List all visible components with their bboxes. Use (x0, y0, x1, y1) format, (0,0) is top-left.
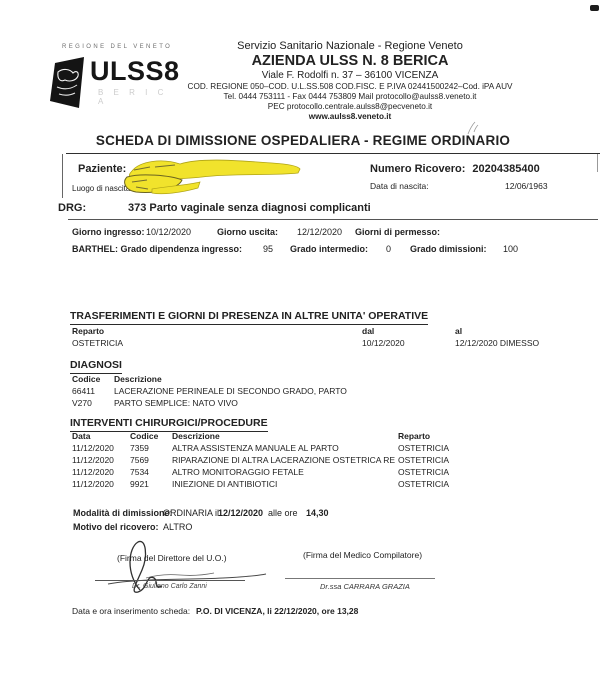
ingresso-label: Giorno ingresso: (72, 227, 145, 238)
header-org-name: AZIENDA ULSS N. 8 BERICA (140, 53, 560, 70)
ingresso-value: 10/12/2020 (146, 227, 191, 238)
barthel-ingresso-value: 95 (263, 244, 273, 255)
director-signature-line (95, 580, 245, 581)
modalita-date: 12/12/2020 (218, 508, 263, 519)
compiler-signature-line (285, 578, 435, 579)
director-name: Dr. Giuliano Carlo Zanni (132, 583, 207, 590)
redaction-highlight (122, 155, 304, 199)
proc-data: 11/12/2020 (72, 455, 114, 466)
patient-box-right-border (597, 154, 598, 172)
diag-codice: V270 (72, 398, 92, 409)
col-codice: Codice (72, 374, 100, 385)
modalita-part1: ORDINARIA il (163, 508, 219, 519)
footer-row: Data e ora inserimento scheda: P.O. DI V… (0, 606, 606, 618)
proc-descrizione: ALTRA ASSISTENZA MANUALE AL PARTO (172, 443, 339, 454)
transfers-header-row: Reparto dal al (0, 326, 606, 338)
diag-descrizione: PARTO SEMPLICE: NATO VIVO (114, 398, 238, 409)
diagnosis-row: 66411 LACERAZIONE PERINEALE DI SECONDO G… (0, 386, 606, 398)
scan-speck (590, 5, 599, 11)
barthel-row: BARTHEL: Grado dipendenza ingresso: 95 G… (0, 244, 606, 256)
header-codes: COD. REGIONE 050–COD. U.L.SS.508 COD.FIS… (140, 82, 560, 92)
lion-emblem-icon (48, 54, 88, 112)
header-pec: PEC protocollo.centrale.aulss8@pecveneto… (140, 102, 560, 112)
stay-row: Giorno ingresso: 10/12/2020 Giorno uscit… (0, 227, 606, 239)
page-title: SCHEDA DI DIMISSIONE OSPEDALIERA - REGIM… (0, 133, 606, 148)
birthdate-value: 12/06/1963 (505, 181, 548, 192)
header-block: Servizio Sanitario Nazionale - Regione V… (140, 40, 560, 122)
col-data: Data (72, 431, 90, 442)
col-reparto: Reparto (398, 431, 430, 442)
transfers-row: OSTETRICIA 10/12/2020 12/12/2020 DIMESSO (0, 338, 606, 350)
header-address: Viale F. Rodolfi n. 37 – 36100 VICENZA (140, 70, 560, 82)
birthdate-label: Data di nascita: (370, 181, 429, 192)
dimissioni-value: 100 (503, 244, 518, 255)
header-contacts: Tel. 0444 753111 - Fax 0444 753809 Mail … (140, 92, 560, 102)
proc-codice: 7534 (130, 467, 149, 478)
col-descrizione: Descrizione (114, 374, 162, 385)
proc-codice: 7359 (130, 443, 149, 454)
proc-descrizione: RIPARAZIONE DI ALTRA LACERAZIONE OSTETRI… (172, 455, 395, 466)
motivo-row: Motivo del ricovero: ALTRO (0, 522, 606, 534)
col-descrizione: Descrizione (172, 431, 220, 442)
section-rule (68, 219, 598, 220)
proc-data: 11/12/2020 (72, 479, 114, 490)
transfer-al: 12/12/2020 DIMESSO (455, 338, 539, 349)
uscita-label: Giorno uscita: (217, 227, 278, 238)
proc-data: 11/12/2020 (72, 443, 114, 454)
intermedio-label: Grado intermedio: (290, 244, 368, 255)
motivo-label: Motivo del ricovero: (73, 522, 159, 533)
col-dal: dal (362, 326, 374, 337)
ricovero-value: 20204385400 (468, 163, 539, 175)
proc-codice: 9921 (130, 479, 149, 490)
col-codice: Codice (130, 431, 158, 442)
inserted-label: Data e ora inserimento scheda: (72, 606, 190, 617)
drg-value: 373 Parto vaginale senza diagnosi compli… (128, 202, 371, 215)
ricovero-line: Numero Ricovero: 20204385400 (370, 163, 540, 176)
modalita-row: Modalità di dimissione: ORDINARIA il 12/… (0, 508, 606, 520)
compiler-signature-label: (Firma del Medico Compilatore) (303, 550, 422, 561)
proc-reparto: OSTETRICIA (398, 479, 449, 490)
barthel-label: BARTHEL: Grado dipendenza ingresso: (72, 244, 242, 255)
compiler-name: Dr.ssa CARRARA GRAZIA (320, 582, 410, 591)
proc-reparto: OSTETRICIA (398, 443, 449, 454)
procedure-row: 11/12/2020 7534 ALTRO MONITORAGGIO FETAL… (0, 467, 606, 479)
transfer-dal: 10/12/2020 (362, 338, 405, 349)
proc-descrizione: INIEZIONE DI ANTIBIOTICI (172, 479, 277, 490)
diagnosis-row: V270 PARTO SEMPLICE: NATO VIVO (0, 398, 606, 410)
modalita-part2: alle ore (268, 508, 298, 519)
transfer-reparto: OSTETRICIA (72, 338, 123, 349)
modalita-label: Modalità di dimissione: (73, 508, 173, 519)
procedure-row: 11/12/2020 7569 RIPARAZIONE DI ALTRA LAC… (0, 455, 606, 467)
uscita-value: 12/12/2020 (297, 227, 342, 238)
procedures-heading: INTERVENTI CHIRURGICI/PROCEDURE (70, 417, 268, 432)
title-rule (66, 153, 600, 154)
diag-descrizione: LACERAZIONE PERINEALE DI SECONDO GRADO, … (114, 386, 347, 397)
proc-data: 11/12/2020 (72, 467, 114, 478)
procedures-header-row: Data Codice Descrizione Reparto (0, 431, 606, 443)
permesso-label: Giorni di permesso: (355, 227, 440, 238)
col-al: al (455, 326, 462, 337)
diagnosis-heading: DIAGNOSI (70, 359, 122, 374)
patient-box-left-border (62, 154, 63, 198)
col-reparto: Reparto (72, 326, 104, 337)
modalita-time: 14,30 (306, 508, 329, 519)
diagnosis-header-row: Codice Descrizione (0, 374, 606, 386)
inserted-value: P.O. DI VICENZA, li 22/12/2020, ore 13,2… (196, 606, 358, 617)
drg-label: DRG: (58, 202, 86, 215)
proc-descrizione: ALTRO MONITORAGGIO FETALE (172, 467, 304, 478)
procedure-row: 11/12/2020 7359 ALTRA ASSISTENZA MANUALE… (0, 443, 606, 455)
discharge-form-page: REGIONE DEL VENETO ULSS8 B E R I C A Ser… (0, 0, 606, 680)
transfers-heading: TRASFERIMENTI E GIORNI DI PRESENZA IN AL… (70, 310, 428, 325)
header-website: www.aulss8.veneto.it (140, 112, 560, 122)
proc-reparto: OSTETRICIA (398, 455, 449, 466)
intermedio-value: 0 (386, 244, 391, 255)
header-ssn-line: Servizio Sanitario Nazionale - Regione V… (140, 40, 560, 53)
proc-reparto: OSTETRICIA (398, 467, 449, 478)
diag-codice: 66411 (72, 386, 95, 397)
proc-codice: 7569 (130, 455, 149, 466)
motivo-value: ALTRO (163, 522, 192, 533)
ricovero-label: Numero Ricovero: (370, 163, 465, 175)
procedure-row: 11/12/2020 9921 INIEZIONE DI ANTIBIOTICI… (0, 479, 606, 491)
director-handwritten-signature (88, 534, 288, 600)
patient-label: Paziente: (78, 163, 126, 176)
dimissioni-label: Grado dimissioni: (410, 244, 487, 255)
